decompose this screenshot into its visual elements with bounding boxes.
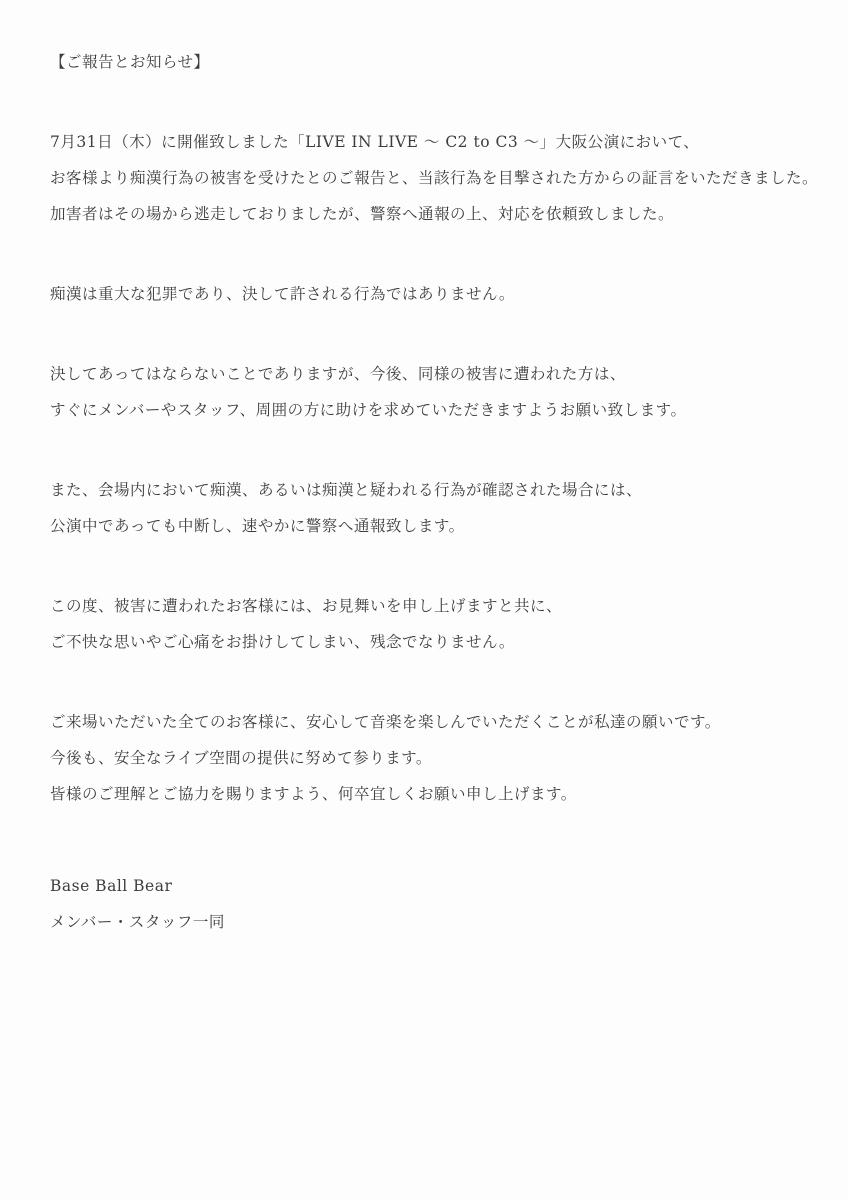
- text-line: 公演中であっても中断し、速やかに警察へ通報致します。: [50, 508, 808, 544]
- paragraph-apology: この度、被害に遭われたお客様には、お見舞いを申し上げますと共に、 ご不快な思いや…: [50, 588, 808, 660]
- signature-from: メンバー・スタッフ一同: [50, 904, 808, 940]
- announcement-document: 【ご報告とお知らせ】 7月31日（木）に開催致しました「LIVE IN LIVE…: [0, 0, 848, 1200]
- paragraph-incident-report: 7月31日（木）に開催致しました「LIVE IN LIVE ～ C2 to C3…: [50, 124, 808, 232]
- text-line: 7月31日（木）に開催致しました「LIVE IN LIVE ～ C2 to C3…: [50, 124, 808, 160]
- text-line: 皆様のご理解とご協力を賜りますよう、何卒宜しくお願い申し上げます。: [50, 776, 808, 812]
- text-line: すぐにメンバーやスタッフ、周囲の方に助けを求めていただきますようお願い致します。: [50, 392, 808, 428]
- text-line: また、会場内において痴漢、あるいは痴漢と疑われる行為が確認された場合には、: [50, 472, 808, 508]
- text-line: お客様より痴漢行為の被害を受けたとのご報告と、当該行為を目撃された方からの証言を…: [50, 160, 808, 196]
- paragraph-closing-wish: ご来場いただいた全てのお客様に、安心して音楽を楽しんでいただくことが私達の願いで…: [50, 704, 808, 812]
- text-line: ご来場いただいた全てのお客様に、安心して音楽を楽しんでいただくことが私達の願いで…: [50, 704, 808, 740]
- text-line: 今後も、安全なライブ空間の提供に努めて参ります。: [50, 740, 808, 776]
- text-line: ご不快な思いやご心痛をお掛けしてしまい、残念でなりません。: [50, 624, 808, 660]
- paragraph-crime-statement: 痴漢は重大な犯罪であり、決して許される行為ではありません。: [50, 276, 808, 312]
- text-line: この度、被害に遭われたお客様には、お見舞いを申し上げますと共に、: [50, 588, 808, 624]
- signature-band-name: Base Ball Bear: [50, 868, 808, 904]
- text-line: 決してあってはならないことでありますが、今後、同様の被害に遭われた方は、: [50, 356, 808, 392]
- text-line: 加害者はその場から逃走しておりましたが、警察へ通報の上、対応を依頼致しました。: [50, 196, 808, 232]
- paragraph-victim-guidance: 決してあってはならないことでありますが、今後、同様の被害に遭われた方は、 すぐに…: [50, 356, 808, 428]
- paragraph-venue-policy: また、会場内において痴漢、あるいは痴漢と疑われる行為が確認された場合には、 公演…: [50, 472, 808, 544]
- text-line: 痴漢は重大な犯罪であり、決して許される行為ではありません。: [50, 276, 808, 312]
- document-title: 【ご報告とお知らせ】: [50, 44, 808, 80]
- signature-block: Base Ball Bear メンバー・スタッフ一同: [50, 868, 808, 940]
